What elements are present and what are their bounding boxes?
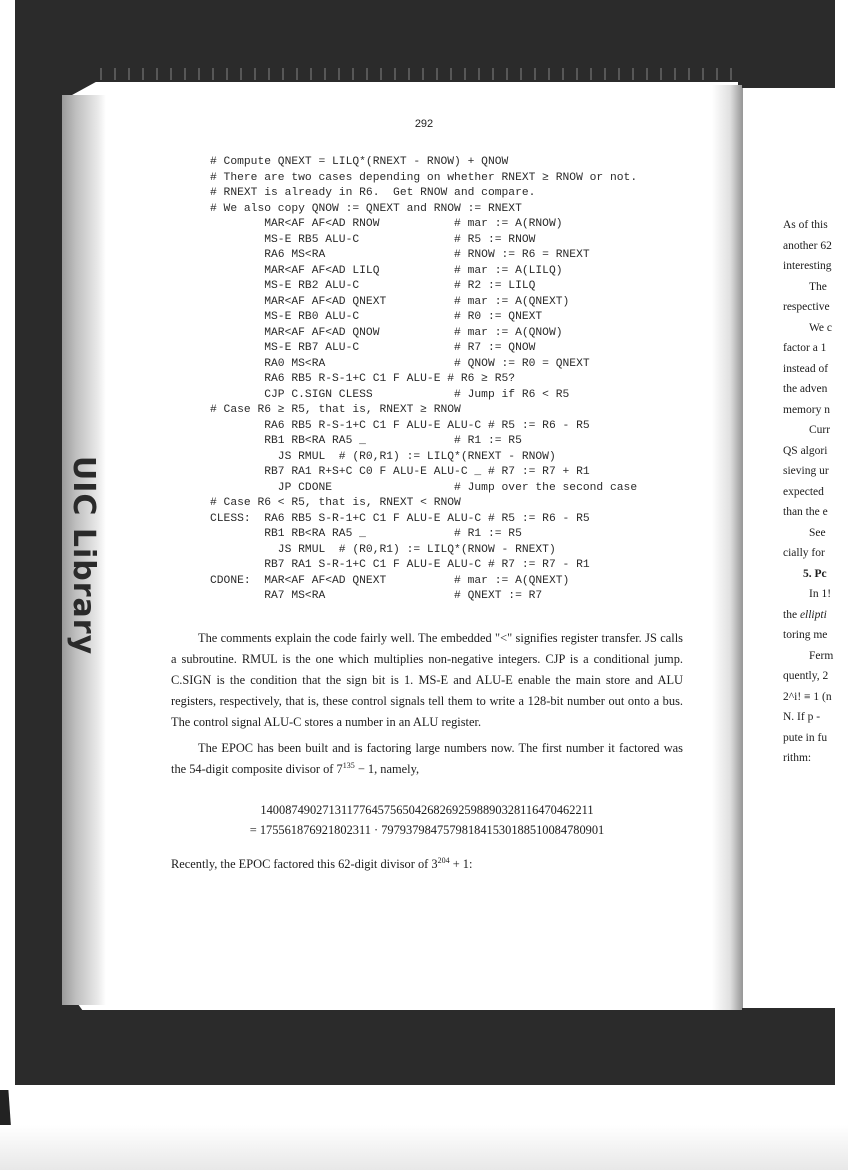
paragraph-epoc: The EPOC has been built and is factoring… [171,738,683,780]
code-line: # RNEXT is already in R6. Get RNOW and c… [210,186,637,202]
right-page-line: the ellipti [783,605,835,626]
paragraph-text: The EPOC has been built and is factoring… [171,738,683,780]
right-page-line: cially for [783,543,835,564]
paragraph-explanation: The comments explain the code fairly wel… [171,628,683,733]
code-line: JP CDONE # Jump over the second case [210,481,637,497]
right-page-line: The [783,277,835,298]
code-line: RA0 MS<RA # QNOW := R0 = QNEXT [210,357,637,373]
code-line: RA6 RB5 R-S-1+C C1 F ALU-E # R6 ≥ R5? [210,372,637,388]
code-line: RB7 RA1 S-R-1+C C1 F ALU-E ALU-C # R7 :=… [210,558,637,574]
binding-edge [100,68,740,80]
right-page-line: sieving ur [783,461,835,482]
right-page-line: Curr [783,420,835,441]
library-stamp: UIC Library [64,430,104,680]
right-page-text: As of thisanother 62interestingTherespec… [783,215,835,769]
right-page-line: 5. Pc [783,564,835,585]
code-line: # Case R6 ≥ R5, that is, RNEXT ≥ RNOW [210,403,637,419]
code-line: CLESS: RA6 RB5 S-R-1+C C1 F ALU-E ALU-C … [210,512,637,528]
right-page-line: toring me [783,625,835,646]
right-page-line: factor a 1 [783,338,835,359]
code-line: MAR<AF AF<AD RNOW # mar := A(RNOW) [210,217,637,233]
right-page-line: than the e [783,502,835,523]
right-page-line: Ferm [783,646,835,667]
right-page-line: the adven [783,379,835,400]
code-line: # There are two cases depending on wheth… [210,171,637,187]
code-line: RB7 RA1 R+S+C C0 F ALU-E ALU-C _ # R7 :=… [210,465,637,481]
code-line: RB1 RB<RA RA5 _ # R1 := R5 [210,434,637,450]
right-page-line: As of this [783,215,835,236]
code-line: MS-E RB2 ALU-C # R2 := LILQ [210,279,637,295]
code-line: MS-E RB5 ALU-C # R5 := RNOW [210,233,637,249]
code-line: MAR<AF AF<AD QNOW # mar := A(QNOW) [210,326,637,342]
code-line: RB1 RB<RA RA5 _ # R1 := R5 [210,527,637,543]
code-line: RA7 MS<RA # QNEXT := R7 [210,589,637,605]
equation-line-1: 1400874902713117764575650426826925988903… [171,800,683,820]
right-page-line: rithm: [783,748,835,769]
code-line: MAR<AF AF<AD LILQ # mar := A(LILQ) [210,264,637,280]
library-stamp-text: UIC Library [67,455,102,654]
right-page-line: QS algori [783,441,835,462]
code-line: RA6 RB5 R-S-1+C C1 F ALU-E ALU-C # R5 :=… [210,419,637,435]
code-listing: # Compute QNEXT = LILQ*(RNEXT - RNOW) + … [210,155,637,605]
right-page-line: We c [783,318,835,339]
right-page-line: respective [783,297,835,318]
right-page-line: quently, 2 [783,666,835,687]
right-page-line: N. If p - [783,707,835,728]
paragraph-text: The comments explain the code fairly wel… [171,628,683,733]
code-line: JS RMUL # (R0,R1) := LILQ*(RNOW - RNEXT) [210,543,637,559]
right-page-line: pute in fu [783,728,835,749]
code-line: JS RMUL # (R0,R1) := LILQ*(RNEXT - RNOW) [210,450,637,466]
scan-bottom-shadow [0,1125,848,1170]
code-line: MS-E RB0 ALU-C # R0 := QNEXT [210,310,637,326]
code-line: # Case R6 < R5, that is, RNEXT < RNOW [210,496,637,512]
page-number: 292 [0,118,848,130]
right-page-line: another 62 [783,236,835,257]
paragraph-text: Recently, the EPOC factored this 62-digi… [171,854,683,875]
right-page-line: expected [783,482,835,503]
right-page-line: interesting [783,256,835,277]
right-page-line: In 1! [783,584,835,605]
right-page-line: memory n [783,400,835,421]
code-line: MS-E RB7 ALU-C # R7 := QNOW [210,341,637,357]
code-line: # Compute QNEXT = LILQ*(RNEXT - RNOW) + … [210,155,637,171]
right-page-line: 2^i! ≡ 1 (n [783,687,835,708]
factorization-equation: 1400874902713117764575650426826925988903… [171,800,683,840]
code-line: # We also copy QNOW := QNEXT and RNOW :=… [210,202,637,218]
code-line: CDONE: MAR<AF AF<AD QNEXT # mar := A(QNE… [210,574,637,590]
code-line: CJP C.SIGN CLESS # Jump if R6 < R5 [210,388,637,404]
right-page-line: See [783,523,835,544]
code-line: RA6 MS<RA # RNOW := R6 = RNEXT [210,248,637,264]
code-line: MAR<AF AF<AD QNEXT # mar := A(QNEXT) [210,295,637,311]
equation-line-2: = 175561876921802311 · 79793798475798184… [171,820,683,840]
spine-shadow [712,85,742,1010]
right-page-line: instead of [783,359,835,380]
paragraph-recent: Recently, the EPOC factored this 62-digi… [171,854,683,875]
